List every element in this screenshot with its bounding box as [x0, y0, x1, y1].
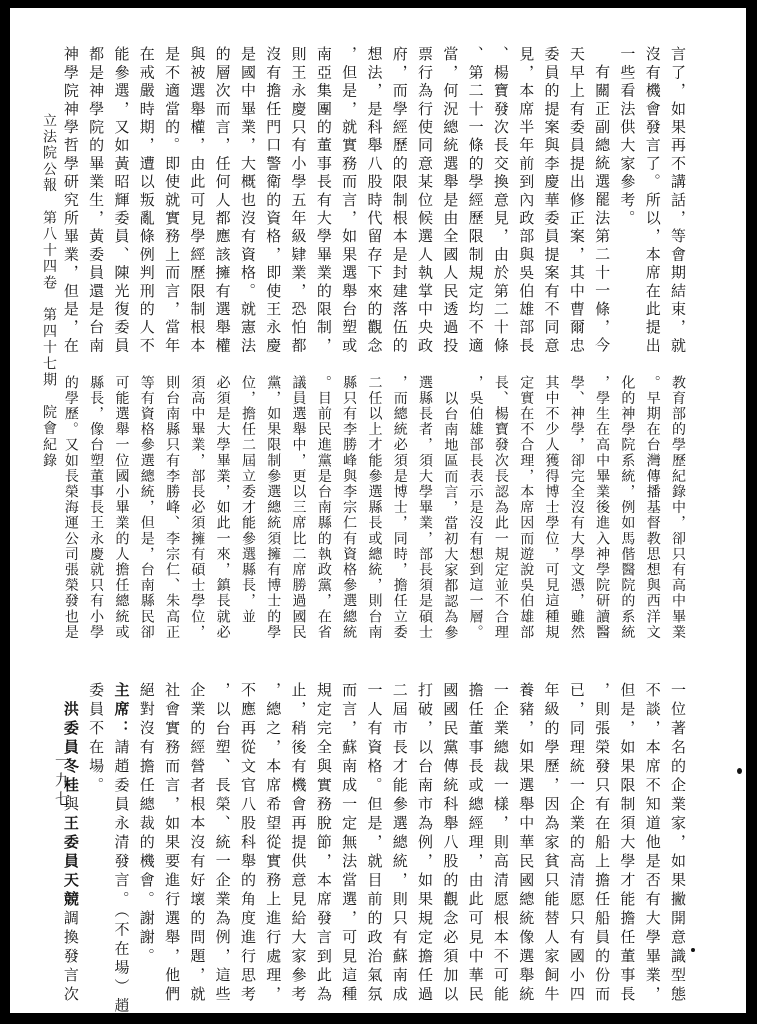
- text-column: 等有資格參選總統，但是，台南縣民卻: [133, 375, 158, 643]
- text-column: 是不適當的。即使就實務上而言，當年: [159, 46, 184, 368]
- text-column: 擔任董事長或總經理，由此可見中華民: [462, 682, 487, 1012]
- text-column: 一些看法供大家參考。: [614, 46, 639, 368]
- text-column: 學、神學，卻完全沒有大學文憑，雖然: [564, 375, 589, 643]
- text-column: ，以台塑、長榮、統一企業為例，這些: [209, 682, 234, 1012]
- text-column: 則王永慶只有小學五年級肄業，恐怕都: [285, 46, 310, 368]
- text-band-top: 言了，如果再不講話，等會期結束，就沒有機會發言了。所以，本席在此提出一些看法供大…: [57, 46, 690, 368]
- text-column: 絕對沒有擔任總裁的機會。謝謝。: [133, 682, 158, 1012]
- text-column: 能參選，又如黃昭輝委員、陳光復委員: [108, 46, 133, 368]
- text-column: ，則張榮發只有在船上擔任船員的份而: [589, 682, 614, 1012]
- text-column: 年級的學歷，因為家貧只能替人家飼牛: [538, 682, 563, 1012]
- text-column: 沒有擔任門口警衛的資格，即使王永慶: [260, 46, 285, 368]
- text-column: 南亞集團的董事長有大學畢業的限制，: [311, 46, 336, 368]
- text-column: 見，本席半年前到內政部與吳伯雄部長: [513, 46, 538, 368]
- text-column: 有關正副總統選罷法第二十一條，今: [589, 46, 614, 368]
- text-column: 委員的提案與李慶華委員提案有不同意: [538, 46, 563, 368]
- text-column: 則台南縣只有李勝峰、李宗仁、朱高正: [159, 375, 184, 643]
- text-column: 可能選舉一位國小畢業的人擔任總統或: [108, 375, 133, 643]
- text-column: 定實在不合理，本席因而遊說吳伯雄部: [513, 375, 538, 643]
- text-column: 必須是大學畢業，如此一來，鎮長就必: [209, 375, 234, 643]
- text-column: 都是神學院的畢業生，黃委員還是台南: [83, 46, 108, 368]
- text-column: 不談，本席不知道他是否有大學畢業，: [639, 682, 664, 1012]
- text-column: 當，何況總統選舉是由全國人民透過投: [437, 46, 462, 368]
- text-column: 與被選舉權，由此可見學經歷限制根本: [184, 46, 209, 368]
- text-column: 企業的經營者根本沒有好壞的問題，就: [184, 682, 209, 1012]
- text-column: 言了，如果再不講話，等會期結束，就: [665, 46, 690, 368]
- text-column: 不應再從文官八股科舉的角度進行思考: [235, 682, 260, 1012]
- text-column: 委員不在場。: [83, 682, 108, 1012]
- text-column: 教育部的學歷紀錄中，卻只有高中畢業: [665, 375, 690, 643]
- text-column: 想法，是科舉八股時代留存下來的觀念: [361, 46, 386, 368]
- text-column: 打破，以台南市為例，如果規定擔任過: [412, 682, 437, 1012]
- text-column: 縣只有李勝峰與李宗仁有資格參選總統: [336, 375, 361, 643]
- text-column: 一位著名的企業家，如果撇開意識型態: [665, 682, 690, 1012]
- text-column: ，總之，本席希望從實務上進行處理，: [260, 682, 285, 1012]
- text-column: 洪委員冬桂與王委員天競調換發言次: [58, 682, 83, 1012]
- text-column: 。目前民進黨是台南縣的執政黨，在省: [311, 375, 336, 643]
- text-column: 是國中畢業，大概也沒有資格。就憲法: [235, 46, 260, 368]
- text-column: 沒有機會發言了。所以，本席在此提出: [639, 46, 664, 368]
- scanned-gazette-page: { "page": { "margin_header": "立法院公報 第八十四…: [0, 0, 757, 1024]
- text-column: 的學歷。又如長榮海運公司張榮發也是: [58, 375, 83, 643]
- text-column: 位，擔任二屆立委才能參選縣長，並: [235, 375, 260, 643]
- text-column: 府，而學經歷的限制根本是封建落伍的: [386, 46, 411, 368]
- text-column: ，而總統必須是博士，同時，擔任立委: [386, 375, 411, 643]
- text-column: 已，同理統一企業的高清愿只有國小四: [564, 682, 589, 1012]
- text-column: 縣長，像台塑董事長王永慶就只有小學: [83, 375, 108, 643]
- text-band-middle: 教育部的學歷紀錄中，卻只有高中畢業。早期在台灣傳播基督教思想與西洋文化的神學院系…: [57, 375, 690, 643]
- text-column: 而言，蘇南成一定無法當選，可見這種: [336, 682, 361, 1012]
- text-column: ，但是，就實務而言，如果選舉台塑或: [336, 46, 361, 368]
- text-column: 須高中畢業，部長必須擁有碩士學位，: [184, 375, 209, 643]
- paper-area: 立法院公報 第八十四卷 第四十七期 院會紀錄 言了，如果再不講話，等會期結束，就…: [10, 8, 746, 1013]
- text-column: 主席：請趙委員永清發言。（不在場）趙: [108, 682, 133, 1012]
- text-column: 二屆市長才能參選總統，則只有蘇南成: [386, 682, 411, 1012]
- text-column: 選縣長者，須大學畢業，部長須是碩士: [412, 375, 437, 643]
- text-column: 國國民黨傳統科舉八股的觀念必須加以: [437, 682, 462, 1012]
- text-column: 以台南地區而言，當初大家都認為參: [437, 375, 462, 643]
- text-column: 社會實務而言，如果要進行選舉，他們: [159, 682, 184, 1012]
- text-column: 。早期在台灣傳播基督教思想與西洋文: [639, 375, 664, 643]
- text-column: 一人有資格。但是，就目前的政治氣氛: [361, 682, 386, 1012]
- text-column: ，吳伯雄部長表示是沒有想到這一層。: [462, 375, 487, 643]
- text-column: 票行為行使同意某位候選人執掌中央政: [412, 46, 437, 368]
- text-column: 神學院神學哲學研究所畢業，但是，在: [58, 46, 83, 368]
- text-column: 二任以上才能參選縣長或總統，則台南: [361, 375, 386, 643]
- text-column: 、楊寶發次長交換意見，由於第二十條: [488, 46, 513, 368]
- text-band-bottom: 一位著名的企業家，如果撇開意識型態不談，本席不知道他是否有大學畢業，但是，如果限…: [57, 682, 690, 1012]
- ink-speck: [691, 948, 695, 952]
- text-column: 黨，如果限制參選總統須擁有博士的學: [260, 375, 285, 643]
- text-column: 一企業總裁一樣，則高清愿根本不可能: [488, 682, 513, 1012]
- ink-speck: [737, 768, 742, 774]
- text-column: 但是，如果限制須大學才能擔任董事長: [614, 682, 639, 1012]
- page-number: 一九七: [50, 753, 74, 833]
- text-column: 其中不少人獲得博士學位，可見這種規: [538, 375, 563, 643]
- text-column: 在戒嚴時期，遭以叛亂條例判刑的人不: [133, 46, 158, 368]
- text-column: 長、楊寶發次長認為此一規定並不合理: [488, 375, 513, 643]
- text-column: 的層次而言，任何人都應該擁有選舉權: [209, 46, 234, 368]
- text-column: 止，稍後有機會再提供意見給大家參考: [285, 682, 310, 1012]
- text-column: 養豬，如果選舉中華民國總統像選舉統: [513, 682, 538, 1012]
- text-column: 議員選舉中，更以三席比二席勝過國民: [285, 375, 310, 643]
- text-column: 規定完全與實務脫節，本席發言到此為: [311, 682, 336, 1012]
- text-column: 天早上有委員提出修正案，其中曹爾忠: [564, 46, 589, 368]
- text-column: 、第二十一條的學經歷限制規定均不適: [462, 46, 487, 368]
- text-column: 化的神學院系統，例如馬偕醫院的系統: [614, 375, 639, 643]
- text-column: ，學生在高中畢業後進入神學院研讀醫: [589, 375, 614, 643]
